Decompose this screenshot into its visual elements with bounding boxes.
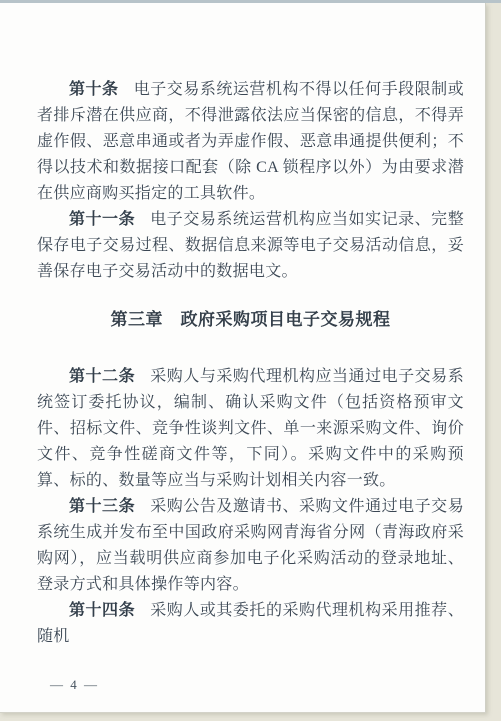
paragraph-article-13: 第十三条采购公告及邀请书、采购文件通过电子交易系统生成并发布至中国政府采购网青海… [37, 494, 464, 598]
page-top-border [0, 0, 501, 3]
article-number: 第十一条 [69, 211, 135, 228]
paragraph-article-14: 第十四条采购人或其委托的采购代理机构采用推荐、随机 [37, 598, 464, 650]
paragraph-text: 电子交易系统运营机构不得以任何手段限制或者排斥潜在供应商，不得泄露依法应当保密的… [37, 81, 464, 202]
article-number: 第十四条 [69, 602, 135, 619]
document-page: 第十条电子交易系统运营机构不得以任何手段限制或者排斥潜在供应商，不得泄露依法应当… [0, 3, 486, 713]
paragraph-article-10: 第十条电子交易系统运营机构不得以任何手段限制或者排斥潜在供应商，不得泄露依法应当… [37, 77, 464, 207]
paragraph-text: 采购人与采购代理机构应当通过电子交易系统签订委托协议，编制、确认采购文件（包括资… [37, 368, 464, 489]
paragraph-article-11: 第十一条电子交易系统运营机构应当如实记录、完整保存电子交易过程、数据信息来源等电… [37, 207, 464, 285]
chapter-heading: 第三章 政府采购项目电子交易规程 [37, 306, 464, 334]
article-number: 第十三条 [69, 498, 135, 515]
article-number: 第十二条 [69, 368, 135, 385]
paragraph-article-12: 第十二条采购人与采购代理机构应当通过电子交易系统签订委托协议，编制、确认采购文件… [37, 364, 464, 494]
article-number: 第十条 [69, 81, 119, 98]
document-content: 第十条电子交易系统运营机构不得以任何手段限制或者排斥潜在供应商，不得泄露依法应当… [0, 3, 486, 693]
page-number: — 4 — [50, 677, 464, 693]
